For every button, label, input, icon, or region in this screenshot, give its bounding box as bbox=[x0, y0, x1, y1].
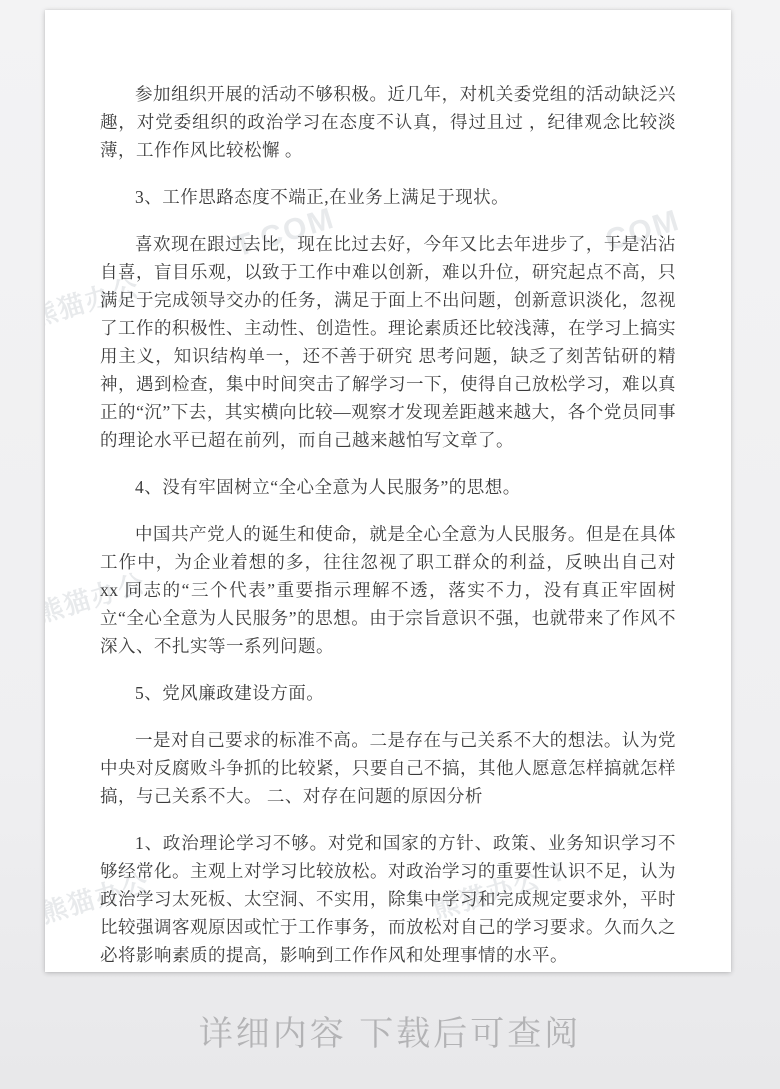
footer-bar: 详细内容 下载后可查阅 bbox=[0, 972, 780, 1089]
heading-4-serve-people: 4、没有牢固树立“全心全意为人民服务”的思想。 bbox=[100, 473, 676, 501]
para-self-standard-and-cause-analysis: 一是对自己要求的标准不高。二是存在与己关系不大的想法。认为党中央对反腐败斗争抓的… bbox=[100, 726, 676, 810]
para-compare-with-past: 喜欢现在跟过去比，现在比过去好，今年又比去年进步了，于是沾沾自喜，盲目乐观，以致… bbox=[100, 230, 676, 454]
document-body: 参加组织开展的活动不够积极。近几年，对机关委党组的活动缺泛兴趣，对党委组织的政治… bbox=[45, 10, 731, 969]
document-page: T.COM COM 熊猫办公 熊猫办公 熊猫办公 熊猫办公 T 参加组织开展的活… bbox=[45, 10, 731, 972]
download-hint-text: 详细内容 下载后可查阅 bbox=[199, 1006, 581, 1055]
heading-5-party-discipline: 5、党风廉政建设方面。 bbox=[100, 679, 676, 707]
para-political-theory-study: 1、政治理论学习不够。对党和国家的方针、政策、业务知识学习不够经常化。主观上对学… bbox=[100, 829, 676, 969]
para-ccp-mission: 中国共产党人的诞生和使命，就是全心全意为人民服务。但是在具体工作中，为企业着想的… bbox=[100, 520, 676, 660]
heading-3-work-attitude: 3、工作思路态度不端正,在业务上满足于现状。 bbox=[100, 183, 676, 211]
para-organization-activity: 参加组织开展的活动不够积极。近几年，对机关委党组的活动缺泛兴趣，对党委组织的政治… bbox=[100, 80, 676, 164]
